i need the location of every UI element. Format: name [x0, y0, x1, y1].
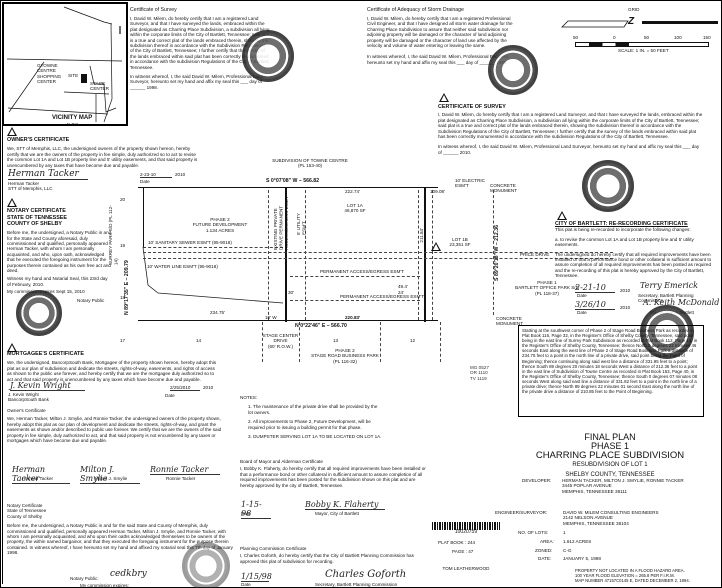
south-line3: (PL 116-32)	[290, 359, 400, 364]
legal-description-text: Starting at the southwest corner of Phas…	[522, 328, 700, 394]
dim-top-lot1a: 222.74'	[345, 189, 360, 194]
notes-section: NOTES: 1. The maintenance of the private…	[240, 395, 430, 439]
owner-date-label: Date	[140, 179, 150, 184]
utility-line-east	[432, 190, 433, 320]
south-lot-14: 14	[196, 338, 201, 343]
lot-1b-label: LOT 1B 23,351 SF	[440, 237, 480, 248]
notary-commission: My commission expires Sept 15, 2010	[7, 289, 112, 294]
west-subdivision-label: SURREY PARK S/D (PL 112-14)	[108, 205, 119, 265]
developer-label: DEVELOPER:	[522, 478, 551, 483]
scale-text: SCALE: 1 IN. = 50 FEET	[618, 48, 669, 53]
dim-bottom-lot1a: 220.83'	[345, 315, 360, 320]
revision-triangle-icon	[557, 211, 567, 220]
rerecord-date-2: 3/26/10	[575, 300, 615, 310]
cert-title: Board of Mayor and Alderman Certificate	[240, 459, 430, 464]
rerecord-signature-2: A. Keith McDonald	[643, 298, 719, 307]
zoned-value: C-G	[563, 548, 571, 553]
cert-body: Before me, the undersigned, a Notary Pub…	[7, 230, 112, 273]
scale-tick-3: 100	[674, 35, 682, 40]
notary-witness: Witness my hand and Notarial Seal, this …	[7, 276, 112, 287]
dim-10w: 10' W	[265, 315, 277, 320]
notary-role: Notary Public	[77, 298, 112, 303]
mortgagee-date-label: Date	[165, 393, 175, 398]
sewer-easement-label: 10' SANITARY SEWER ESM'T (95-9018)	[148, 240, 268, 245]
owners-certificate-tacker: Owner's Certificate We, Herman Tacker, M…	[7, 408, 229, 443]
monument-label-top: CONCRETE MONUMENT	[490, 183, 530, 194]
rerecord-date-label-1: Date	[577, 293, 587, 298]
rerecord-year-2: 2010	[620, 305, 630, 310]
cert-change-a: a. to revise the common Lot 1A and Lot 1…	[555, 237, 715, 248]
dim-30: 30'	[288, 290, 294, 295]
dim-24: 24'	[398, 290, 404, 295]
cert-body: I, Charles Goforth, do hereby certify th…	[240, 553, 430, 564]
vicinity-map-scale: N.T.S.	[67, 122, 80, 127]
mayor-role: Mayor, City of Bartlett	[315, 511, 359, 516]
vicinity-map: GTOWNE CENTRE SHOPPING CENTER SITE STAGE…	[2, 2, 128, 126]
scale-bar	[575, 42, 709, 47]
register-name: TOM LEATHERWOOD	[432, 566, 500, 571]
east-adjacent-label: PHASE 1 BARTLETT OFFICE PARK S/D (PL 118…	[512, 280, 582, 296]
cert-title: Certificate of Adequacy of Storm Drainag…	[367, 7, 517, 13]
notary-seal-icon	[16, 290, 62, 336]
planning-date: 1/15/98	[241, 572, 269, 582]
cert-title: CERTIFICATE OF SURVEY	[438, 105, 703, 110]
scale-tick-1: 0	[613, 35, 616, 40]
lot-1a-area: 46,870 SF	[330, 208, 380, 213]
plat-page: PAGE : 47	[452, 549, 500, 554]
cert-body: I, David W. Milem, do hereby certify tha…	[367, 16, 517, 48]
south-bearing: N 0°22'46" E – 566.70	[295, 323, 347, 329]
electric-easement-label: 10' ELECTRIC ESM'T	[455, 178, 495, 189]
rerecord-date-label-2: Date	[577, 310, 587, 315]
scale-tick-2: 50	[644, 35, 649, 40]
vicinity-map-site-label: SITE	[68, 73, 78, 78]
cert-intro: This plat is being re-recorded to incorp…	[555, 227, 715, 232]
developer-city: MEMPHIS, TENNESSEE 38111	[562, 489, 684, 494]
scale-tick-0: 50	[573, 35, 578, 40]
owner-signature-3: Ronnie Tacker	[150, 465, 220, 475]
title-resubdivision: RESUBDIVISION OF LOT 1	[500, 462, 720, 468]
water-easement-line	[143, 258, 613, 259]
revision-triangle-icon	[439, 93, 449, 102]
west-lot-18: 18	[120, 295, 125, 300]
engineer-info: DAVID W. MILEM CONSULTING ENGINEERS 2142…	[563, 510, 659, 526]
surveyor-seal-2010-icon	[582, 160, 634, 212]
owner-name-1: Herman Tacker	[22, 476, 53, 481]
notary-certificate-1: NOTARY CERTIFICATE STATE OF TENNESSEE CO…	[7, 209, 112, 303]
north-adjacent-label: SUBDIVISION OF TOWNE CENTRE (PL 153-40)	[255, 158, 365, 169]
owner-name-3: Ronnie Tacker	[166, 476, 195, 481]
vicinity-map-title: VICINITY MAP	[52, 115, 92, 121]
price-drive-label: PRICE DRIVE	[520, 252, 549, 257]
flood-line-3: MAP NUMBER 47157C0145 E, DATED DECEMBER …	[575, 579, 720, 584]
date-label: DATE:	[538, 556, 551, 561]
planning-commission-certificate: Planning Commission Certificate I, Charl…	[240, 546, 430, 564]
south-lot-13: 13	[333, 338, 338, 343]
planning-date-label: Date	[241, 582, 251, 587]
mayor-signature: Bobby K. Flaherty	[305, 500, 385, 510]
grid-label: GRID	[628, 7, 639, 12]
owner-date-year: 2010	[175, 172, 185, 177]
engineer-label: ENGINEER/SURVEYOR:	[495, 510, 547, 515]
west-lot-20: 20	[120, 197, 125, 202]
cert-title: Certificate of Survey	[130, 7, 270, 13]
dim-side-lot1a: 211.84'	[419, 228, 424, 243]
lots-value: 1	[563, 530, 566, 535]
south-lot-line-4	[440, 322, 441, 362]
mortgagee-certificate: MORTGAGEE'S CERTIFICATE We, the undersig…	[7, 352, 217, 382]
cert-body: The undersigned do hereby certify that a…	[555, 252, 715, 279]
notary-commission-2: My commission expires:	[80, 583, 129, 588]
vicinity-map-center-label: STAGE CENTER	[90, 81, 110, 92]
area-label: AREA:	[540, 539, 554, 544]
cert-body: We, STT of Memphis, LLC, the undersigned…	[7, 146, 202, 168]
phase2-future-label: PHASE 2 FUTURE DEVELOPMENT 1.134 ACRES	[185, 217, 255, 233]
notary-signature-2: cedkbry	[110, 569, 147, 579]
area-value: 1.612 ACRES	[563, 539, 591, 544]
notary-role-2: Notary Public:	[70, 576, 99, 581]
mortgagee-signature: J. Kevin Wright	[10, 381, 85, 391]
certificate-of-survey-2010: CERTIFICATE OF SURVEY I, David W. Milem,…	[438, 105, 703, 155]
mayor-alderman-certificate: Board of Mayor and Alderman Certificate …	[240, 459, 430, 488]
plat-annotation: MG 0527OR 1110TV 1119	[470, 365, 500, 381]
rerecord-signature-1: Terry Emerick	[640, 281, 698, 290]
vicinity-map-shopping-label: GTOWNE CENTRE SHOPPING CENTER	[37, 63, 67, 85]
rerecord-year-1: 2010	[620, 288, 630, 293]
plat-west-line	[143, 187, 144, 247]
legal-description-box: Starting at the southwest corner of Phas…	[518, 325, 704, 417]
cert-body: We, the undersigned, BancorpSouth Bank, …	[7, 360, 217, 382]
zoned-label: ZONED:	[535, 548, 552, 553]
planning-role: Secretary, Bartlett Planning Commission	[315, 582, 397, 587]
west-lot-19: 19	[120, 243, 125, 248]
notary-seal-2-icon	[182, 542, 230, 588]
note-3: 3. DUMPSTER SERVING LOT 1A TO BE LOCATED…	[248, 434, 430, 439]
mortgagee-date-year: 2010	[203, 385, 213, 390]
date-value: JANUARY 5, 1998	[563, 556, 601, 561]
title-subdivision: CHARRING PLACE SUBDIVISION	[500, 451, 720, 460]
dim-49-4: 49.4'	[398, 284, 408, 289]
revision-triangle-icon	[7, 198, 17, 207]
stage-center-drive-label: STAGE CENTER DRIVE (60' R.O.W.)	[258, 333, 303, 349]
utility-line	[418, 190, 419, 320]
surveyor-seal-icon	[242, 30, 294, 82]
cert-title: MORTGAGEE'S CERTIFICATE	[7, 352, 217, 357]
notary-county: COUNTY OF SHELBY	[7, 222, 112, 227]
lots-label: NO. OF LOTS:	[518, 530, 548, 535]
engineer-city: MEMPHIS, TENNESSEE 38104	[563, 521, 659, 526]
lot-1a-1b-line	[424, 187, 426, 322]
cert-body: I, Bobby K. Flaherty, do hereby certify …	[240, 466, 430, 488]
revision-triangle-icon	[7, 127, 17, 136]
north-arrow-icon	[560, 15, 720, 29]
owners-certificate-stt: OWNER'S CERTIFICATE We, STT of Memphis, …	[7, 138, 202, 168]
east-bearing: S 89°20'18" W – 212.36	[494, 225, 500, 281]
water-easement-label: 10' WATER LINE ESM'T (95-9018)	[147, 264, 257, 269]
west-lot-17: 17	[120, 338, 125, 343]
south-adjacent-label: PHASE 2 STAGE ROAD BUSINESS PARK (PL 116…	[290, 348, 400, 364]
access-easement-line-2	[290, 300, 420, 301]
owner-name-2: Milton J. Smylie	[95, 476, 127, 481]
cert-title: OWNER'S CERTIFICATE	[7, 138, 202, 143]
rerecording-certificate: CITY OF BARTLETT: RE-RECORDING CERTIFICA…	[555, 222, 715, 279]
lot-1b-area: 23,351 SF	[440, 242, 480, 247]
owner-org: STT of Memphis, LLC	[8, 186, 53, 191]
cert-body: I, David W. Milem, do hereby certify tha…	[438, 112, 703, 139]
cert-title: NOTARY CERTIFICATE	[7, 209, 112, 214]
access-easement-line	[290, 276, 420, 277]
existing-drive-label: EXISTING PRIVATE DRIVE PERMANENT ACCESS/…	[273, 195, 287, 250]
cert-witness: In witness whereof, I, the said David W.…	[130, 74, 270, 90]
owner-signature: Herman Tacker	[8, 169, 88, 180]
grid-north-glyph: Z	[628, 16, 634, 27]
owner-date: 2-23-10	[140, 172, 172, 178]
developer-info: HERMAN TACKER, MILTON J. SMYLIE, RONNIE …	[562, 478, 684, 494]
mortgagee-org: BancorpSouth Bank	[8, 397, 49, 402]
owner-cert-panel	[2, 124, 3, 584]
engineer-seal-icon	[488, 45, 538, 95]
cert-witness: In witness whereof, I, the said David W.…	[438, 144, 703, 155]
notary-county: County of Shelby	[7, 514, 235, 519]
cert-body: We, Herman Tacker, Milton J. Smylie, and…	[7, 416, 229, 443]
access-easement-label-2: PERMANENT ACCESS/EGRESS ESM'T	[340, 294, 424, 299]
dim-bottom-left: 234.75'	[210, 310, 225, 315]
note-2: 2. All improvements to Phase 2, Future D…	[248, 419, 378, 430]
rerecord-date-1: 2-21-10	[575, 283, 615, 293]
south-lot-12: 12	[410, 338, 415, 343]
planning-signature: Charles Goforth	[325, 569, 406, 580]
dim-top-lot1b: 109.08'	[430, 189, 445, 194]
mayor-date-label: Date	[241, 511, 251, 516]
phase2-area: 1.134 ACRES	[185, 228, 255, 233]
north-bearing: S 0°07'08" W – 566.82	[266, 178, 319, 184]
cert-title: Planning Commission Certificate	[240, 546, 430, 551]
access-easement-label: PERMANENT ACCESS/EGRESS ESM'T	[320, 269, 404, 274]
plat-north-line	[138, 187, 438, 188]
recording-stamp: 10020759 PLAT BOOK : 244 PAGE : 47 TOM L…	[432, 522, 500, 584]
utility-easement-label: 5' UTILITY ESM'T	[296, 200, 307, 235]
flood-note: PROPERTY NOT LOCATED IN A FLOOD HAZARD A…	[575, 569, 720, 583]
plat-book: PLAT BOOK : 244	[438, 540, 500, 545]
north-subdivision-ref: (PL 153-40)	[255, 163, 365, 168]
east-line3: (PL 118-37)	[512, 291, 582, 296]
notes-title: NOTES:	[240, 395, 430, 400]
note-1: 1. The maintenance of the private drive …	[248, 404, 378, 415]
cert-title: Owner's Certificate	[7, 408, 229, 413]
mortgagee-date: 2/25/2010	[170, 385, 200, 391]
drive-line-1	[268, 190, 269, 320]
title-block: FINAL PLAN PHASE 1 CHARRING PLACE SUBDIV…	[500, 433, 720, 478]
barcode-number: 10020759	[432, 530, 500, 535]
lot-1a-label: LOT 1A 46,870 SF	[330, 203, 380, 214]
scale-tick-4: 150	[703, 35, 711, 40]
grid-north-arrow: GRID Z 50 0 50 100 150 SCALE: 1 IN. = 50…	[560, 5, 720, 55]
